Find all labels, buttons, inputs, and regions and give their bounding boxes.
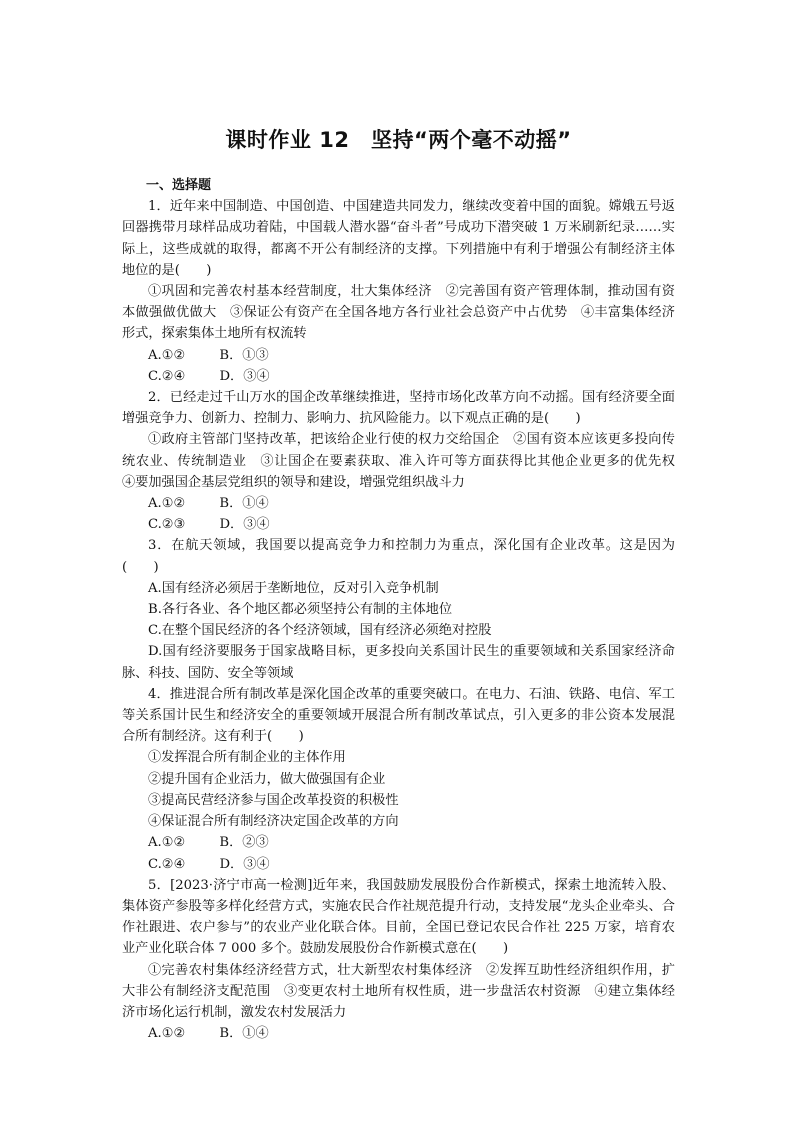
option-d: D．③④ <box>219 857 269 872</box>
statement-1: ①发挥混合所有制企业的主体作用 <box>122 747 675 768</box>
question-stem: 4．推进混合所有制改革是深化国企改革的重要突破口。在电力、石油、铁路、电信、军工… <box>122 684 675 748</box>
section-heading: 一、选择题 <box>122 175 675 196</box>
choice-c: C.在整个国民经济的各个经济领域，国有经济必须绝对控股 <box>122 620 675 641</box>
choice-a: A.国有经济必须居于垄断地位，反对引入竞争机制 <box>122 578 675 599</box>
statement-3: ③提高民营经济参与国企改革投资的积极性 <box>122 790 675 811</box>
question-4: 4．推进混合所有制改革是深化国企改革的重要突破口。在电力、石油、铁路、电信、军工… <box>122 684 675 875</box>
option-a: A.①② <box>148 1026 185 1041</box>
options-row: A.①②B．①④ <box>122 493 675 514</box>
statement-2: ②提升国有企业活力，做大做强国有企业 <box>122 769 675 790</box>
option-b: B．①④ <box>219 1026 268 1041</box>
question-stem: 1．近年来中国制造、中国创造、中国建造共同发力，继续改变着中国的面貌。嫦娥五号返… <box>122 196 675 281</box>
option-a: A.①② <box>148 835 185 850</box>
question-stem: 2．已经走过千山万水的国企改革继续推进，坚持市场化改革方向不动摇。国有经济要全面… <box>122 387 675 429</box>
statement-4: ④保证混合所有制经济决定国企改革的方向 <box>122 811 675 832</box>
options-row: C.②④D．③④ <box>122 854 675 875</box>
question-stem: 3．在航天领域，我国要以提高竞争力和控制力为重点，深化国有企业改革。这是因为( … <box>122 535 675 577</box>
options-row: C.②④D．③④ <box>122 366 675 387</box>
question-3: 3．在航天领域，我国要以提高竞争力和控制力为重点，深化国有企业改革。这是因为( … <box>122 535 675 683</box>
option-c: C.②④ <box>148 857 185 872</box>
options-row: C.②③D．③④ <box>122 514 675 535</box>
option-a: A.①② <box>148 496 185 511</box>
document-body: 一、选择题 1．近年来中国制造、中国创造、中国建造共同发力，继续改变着中国的面貌… <box>122 175 675 1044</box>
option-c: C.②③ <box>148 517 185 532</box>
page-title: 课时作业 12 坚持“两个毫不动摇” <box>122 124 675 154</box>
option-a: A.①② <box>148 348 185 363</box>
options-row: A.①②B．②③ <box>122 832 675 853</box>
question-statements: ①巩固和完善农村基本经营制度，壮大集体经济 ②完善国有资产管理体制，推动国有资本… <box>122 281 675 345</box>
question-statements: ①政府主管部门坚持改革，把该给企业行使的权力交给国企 ②国有资本应该更多投向传统… <box>122 429 675 493</box>
option-b: B．②③ <box>219 835 268 850</box>
option-c: C.②④ <box>148 369 185 384</box>
question-1: 1．近年来中国制造、中国创造、中国建造共同发力，继续改变着中国的面貌。嫦娥五号返… <box>122 196 675 387</box>
question-5: 5．[2023·济宁市高一检测]近年来，我国鼓励发展股份合作新模式，探索土地流转… <box>122 875 675 1045</box>
option-d: D．③④ <box>219 517 269 532</box>
option-b: B．①③ <box>219 348 268 363</box>
option-d: D．③④ <box>219 369 269 384</box>
options-row: A.①②B．①③ <box>122 345 675 366</box>
options-row: A.①②B．①④ <box>122 1023 675 1044</box>
question-2: 2．已经走过千山万水的国企改革继续推进，坚持市场化改革方向不动摇。国有经济要全面… <box>122 387 675 535</box>
option-b: B．①④ <box>219 496 268 511</box>
choice-b: B.各行各业、各个地区都必须坚持公有制的主体地位 <box>122 599 675 620</box>
choice-d: D.国有经济要服务于国家战略目标，更多投向关系国计民生的重要领域和关系国家经济命… <box>122 641 675 683</box>
question-statements: ①完善农村集体经济经营方式，壮大新型农村集体经济 ②发挥互助性经济组织作用，扩大… <box>122 960 675 1024</box>
question-stem: 5．[2023·济宁市高一检测]近年来，我国鼓励发展股份合作新模式，探索土地流转… <box>122 875 675 960</box>
